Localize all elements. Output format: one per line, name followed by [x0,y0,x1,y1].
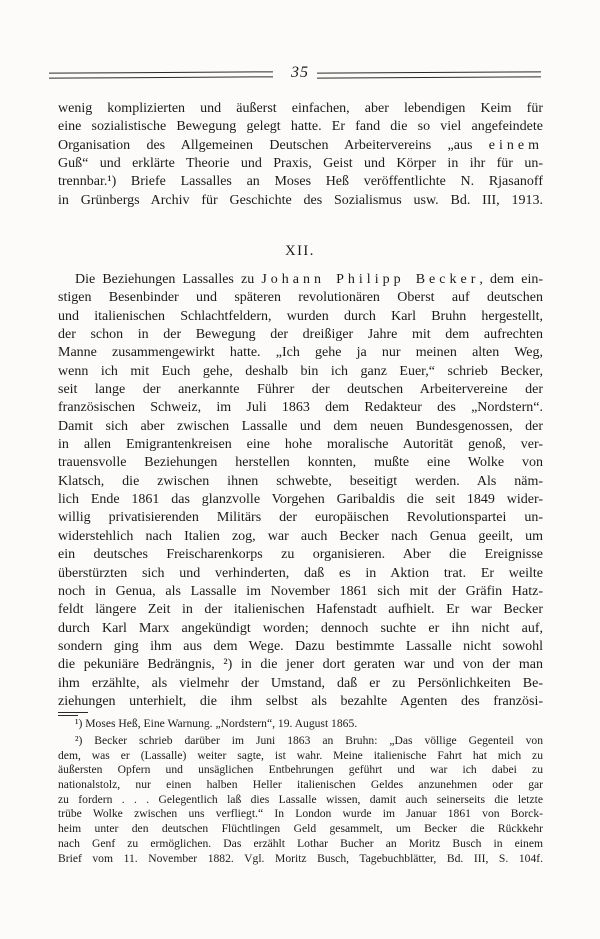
footnote-1: ¹) Moses Heß, Eine Warnung. „Nordstern“,… [58,717,543,732]
text-line: trennbar.¹) Briefe Lassalles an Moses He… [58,173,543,191]
text-line: trauensvolle Beziehungen herstellen konn… [58,454,543,472]
text-line: überstürzten sich und verhinderten, daß … [58,565,543,583]
text-line: ihm erzählte, als vielmehr der Umstand, … [58,675,543,693]
text-line: willig privatisierenden Militärs der eur… [58,509,543,527]
text-line: Klatsch, die zwischen ihnen schwebte, be… [58,473,543,491]
text-line: durch Karl Marx angekündigt worden; denn… [58,620,543,638]
text-line: Guß“ und erklärte Theorie und Praxis, Ge… [58,155,543,173]
text-line: Manne zusammengewirkt hatte. „Ich gehe j… [58,344,543,362]
text-line: wenig komplizierten und äußerst einfache… [58,100,543,118]
text-line: französischen Schweiz, im Juli 1863 dem … [58,399,543,417]
footnote-2: ²) Becker schrieb darüber im Juni 1863 a… [58,734,543,866]
footnote-separator [58,712,90,716]
text-line: Die Beziehungen Lassalles zu Johann Phil… [58,271,543,289]
paragraph-main: Die Beziehungen Lassalles zu Johann Phil… [58,271,543,711]
text-line: seit lange der anerkannte Führer der deu… [58,381,543,399]
text-line: feldt längere Zeit in der italienischen … [58,601,543,619]
text-fragment: , dem ein- [479,272,543,287]
text-fragment: Organisation des Allgemeinen Deutschen A… [58,138,489,153]
text-line: äußersten Opfern und unsäglichen Entbehr… [58,763,543,778]
book-page-scan: 35 wenig komplizierten und äußerst einfa… [0,0,600,939]
text-line: heim unter den deutschen Flüchtlingen Ge… [58,822,543,837]
text-line: Organisation des Allgemeinen Deutschen A… [58,137,543,155]
footnote-separator-line [58,712,88,713]
section-heading: XII. [0,243,600,260]
text-line: lich Ende 1861 das glanzvolle Vorgehen G… [58,491,543,509]
text-line: stigen Besenbinder und späteren revoluti… [58,289,543,307]
footnote-separator-line [58,715,78,716]
letterspaced-name: einem [489,138,543,153]
text-line: dem, was er (Lassalle) weiter sagte, ist… [58,749,543,764]
text-line: trübe Wolke zwischen uns verfliegt.“ In … [58,807,543,822]
text-line: Brief vom 11. November 1882. Vgl. Moritz… [58,852,543,867]
text-line: nach Genf zu ermöglichen. Das erzählt Lo… [58,837,543,852]
text-line: sondern ging ihm aus dem Wege. Dazu best… [58,638,543,656]
paragraph-continuation: wenig komplizierten und äußerst einfache… [58,100,543,210]
text-line: in allen Emigrantenkreisen eine hohe mor… [58,436,543,454]
letterspaced-name: Johann Philipp Becker [261,272,479,287]
text-line: ein deutsches Freischarenkorps zu organi… [58,546,543,564]
text-line: die pekuniäre Bedrängnis, ²) in die jene… [58,656,543,674]
text-line: wenn ich mit Euch gehe, deshalb bin ich … [58,363,543,381]
text-line: in Grünbergs Archiv für Geschichte des S… [58,192,543,210]
running-header: 35 [0,0,600,92]
text-fragment: Die Beziehungen Lassalles zu [75,272,261,287]
text-line: eine sozialistische Bewegung gelegt hatt… [58,118,543,136]
text-line: noch in Genua, als Lassalle im November … [58,583,543,601]
text-line: widerstehlich nach Italien zog, war auch… [58,528,543,546]
text-line: ziehungen unterhielt, die ihm selbst als… [58,693,543,711]
text-line: der schon in der Bewegung der dreißiger … [58,326,543,344]
text-line: nationalstolz, nur einen halben Heller i… [58,778,543,793]
text-line: ²) Becker schrieb darüber im Juni 1863 a… [58,734,543,749]
text-line: und italienischen Schlachtfeldern, wurde… [58,308,543,326]
text-line: Damit sich aber zwischen Lassalle und de… [58,418,543,436]
text-line: zu fordern . . . Gelegentlich laß dies L… [58,793,543,808]
